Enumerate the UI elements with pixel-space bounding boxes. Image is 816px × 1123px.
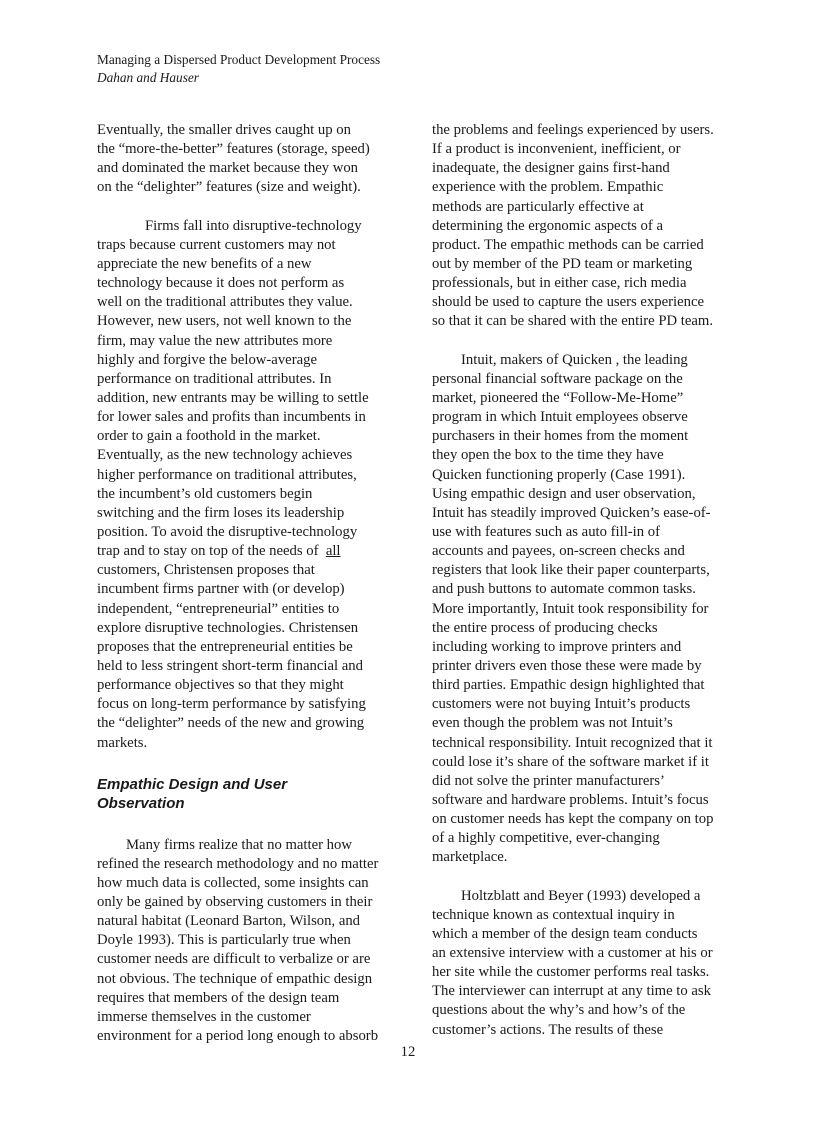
text-line: even though the problem was not Intuit’s	[432, 714, 732, 733]
running-header: Managing a Dispersed Product Development…	[97, 51, 380, 87]
text-line: an extensive interview with a customer a…	[432, 944, 732, 963]
text-line: More importantly, Intuit took responsibi…	[432, 600, 732, 619]
text-line: Quicken functioning properly (Case 1991)…	[432, 466, 732, 485]
text-line: refined the research methodology and no …	[97, 855, 397, 874]
text-line: Firms fall into disruptive-technology	[97, 217, 397, 236]
text-line: product. The empathic methods can be car…	[432, 236, 732, 255]
text-line: Eventually, the smaller drives caught up…	[97, 121, 397, 140]
running-title: Managing a Dispersed Product Development…	[97, 51, 380, 69]
text-line: so that it can be shared with the entire…	[432, 312, 732, 331]
text-line: determining the ergonomic aspects of a	[432, 217, 732, 236]
text-line: her site while the customer performs rea…	[432, 963, 732, 982]
text-line: not obvious. The technique of empathic d…	[97, 970, 397, 989]
text-line: explore disruptive technologies. Christe…	[97, 619, 397, 638]
text-line: addition, new entrants may be willing to…	[97, 389, 397, 408]
text-line: independent, “entrepreneurial” entities …	[97, 600, 397, 619]
text-line: and push buttons to automate common task…	[432, 580, 732, 599]
right-column: the problems and feelings experienced by…	[432, 121, 732, 1040]
underlined-word: all	[326, 543, 341, 559]
text-line: experience with the problem. Empathic	[432, 178, 732, 197]
text-line: on the “delighter” features (size and we…	[97, 178, 397, 197]
paragraph: Firms fall into disruptive-technology tr…	[97, 217, 397, 753]
text-line: trap and to stay on top of the needs of …	[97, 542, 397, 561]
text-line: Intuit has steadily improved Quicken’s e…	[432, 504, 732, 523]
text-line: Doyle 1993). This is particularly true w…	[97, 931, 397, 950]
text-line: how much data is collected, some insight…	[97, 874, 397, 893]
text-line: Many firms realize that no matter how	[97, 836, 397, 855]
text-line: purchasers in their homes from the momen…	[432, 427, 732, 446]
text-line: highly and forgive the below-average	[97, 351, 397, 370]
text-line: The interviewer can interrupt at any tim…	[432, 982, 732, 1001]
text-line: accounts and payees, on-screen checks an…	[432, 542, 732, 561]
text-line: registers that look like their paper cou…	[432, 561, 732, 580]
text-line: for lower sales and profits than incumbe…	[97, 408, 397, 427]
text-line: technical responsibility. Intuit recogni…	[432, 734, 732, 753]
text-line: professionals, but in either case, rich …	[432, 274, 732, 293]
text-line: held to less stringent short-term financ…	[97, 657, 397, 676]
text-line: performance objectives so that they migh…	[97, 676, 397, 695]
text-line: could lose it’s share of the software ma…	[432, 753, 732, 772]
text-line: switching and the firm loses its leaders…	[97, 504, 397, 523]
text-line: markets.	[97, 734, 397, 753]
text-line: of a highly competitive, ever-changing	[432, 829, 732, 848]
text-line: higher performance on traditional attrib…	[97, 466, 397, 485]
text-line: Eventually, as the new technology achiev…	[97, 446, 397, 465]
paragraph: Many firms realize that no matter how re…	[97, 836, 397, 1047]
text-line: and dominated the market because they wo…	[97, 159, 397, 178]
text-line: did not solve the printer manufacturers’	[432, 772, 732, 791]
paragraph: Holtzblatt and Beyer (1993) developed a …	[432, 887, 732, 1040]
text-line: the “delighter” needs of the new and gro…	[97, 714, 397, 733]
text-line: only be gained by observing customers in…	[97, 893, 397, 912]
text-line: customers were not buying Intuit’s produ…	[432, 695, 732, 714]
text-line: market, pioneered the “Follow-Me-Home”	[432, 389, 732, 408]
text-line: program in which Intuit employees observ…	[432, 408, 732, 427]
text-line: on customer needs has kept the company o…	[432, 810, 732, 829]
text-line: inadequate, the designer gains first-han…	[432, 159, 732, 178]
paragraph: Intuit, makers of Quicken , the leading …	[432, 351, 732, 868]
page-number: 12	[0, 1044, 816, 1061]
text-line: marketplace.	[432, 848, 732, 867]
text-line: should be used to capture the users expe…	[432, 293, 732, 312]
text-line: However, new users, not well known to th…	[97, 312, 397, 331]
text-line: including working to improve printers an…	[432, 638, 732, 657]
text-line: methods are particularly effective at	[432, 198, 732, 217]
paragraph: the problems and feelings experienced by…	[432, 121, 732, 332]
text-line: use with features such as auto fill-in o…	[432, 523, 732, 542]
text-line: the problems and feelings experienced by…	[432, 121, 732, 140]
text-line: the entire process of producing checks	[432, 619, 732, 638]
text-line: immerse themselves in the customer	[97, 1008, 397, 1027]
text-line: customers, Christensen proposes that	[97, 561, 397, 580]
text-line: performance on traditional attributes. I…	[97, 370, 397, 389]
text-line: natural habitat (Leonard Barton, Wilson,…	[97, 912, 397, 931]
text-line: requires that members of the design team	[97, 989, 397, 1008]
text-line: questions about the why’s and how’s of t…	[432, 1001, 732, 1020]
text-line: order to gain a foothold in the market.	[97, 427, 397, 446]
text-line: third parties. Empathic design highlight…	[432, 676, 732, 695]
text-line: they open the box to the time they have	[432, 446, 732, 465]
text-line: customer needs are difficult to verbaliz…	[97, 950, 397, 969]
text-line: personal financial software package on t…	[432, 370, 732, 389]
text-line: technique known as contextual inquiry in	[432, 906, 732, 925]
paragraph: Eventually, the smaller drives caught up…	[97, 121, 397, 198]
text-line: focus on long-term performance by satisf…	[97, 695, 397, 714]
text-line: firm, may value the new attributes more	[97, 332, 397, 351]
text-line: Using empathic design and user observati…	[432, 485, 732, 504]
text-line: software and hardware problems. Intuit’s…	[432, 791, 732, 810]
text-line: customer’s actions. The results of these	[432, 1021, 732, 1040]
text-line: technology because it does not perform a…	[97, 274, 397, 293]
text-line: incumbent firms partner with (or develop…	[97, 580, 397, 599]
text-line: If a product is inconvenient, inefficien…	[432, 140, 732, 159]
text-line: which a member of the design team conduc…	[432, 925, 732, 944]
section-heading: Empathic Design and User Observation	[97, 775, 397, 813]
left-column: Eventually, the smaller drives caught up…	[97, 121, 397, 1046]
text-line: out by member of the PD team or marketin…	[432, 255, 732, 274]
text-line: proposes that the entrepreneurial entiti…	[97, 638, 397, 657]
text-line: the incumbent’s old customers begin	[97, 485, 397, 504]
running-authors: Dahan and Hauser	[97, 69, 380, 87]
text-line: the “more-the-better” features (storage,…	[97, 140, 397, 159]
text-line: Holtzblatt and Beyer (1993) developed a	[432, 887, 732, 906]
text-line: traps because current customers may not	[97, 236, 397, 255]
text-line: well on the traditional attributes they …	[97, 293, 397, 312]
text-line: Intuit, makers of Quicken , the leading	[432, 351, 732, 370]
text-line: appreciate the new benefits of a new	[97, 255, 397, 274]
text-line: position. To avoid the disruptive-techno…	[97, 523, 397, 542]
text-line: printer drivers even those these were ma…	[432, 657, 732, 676]
